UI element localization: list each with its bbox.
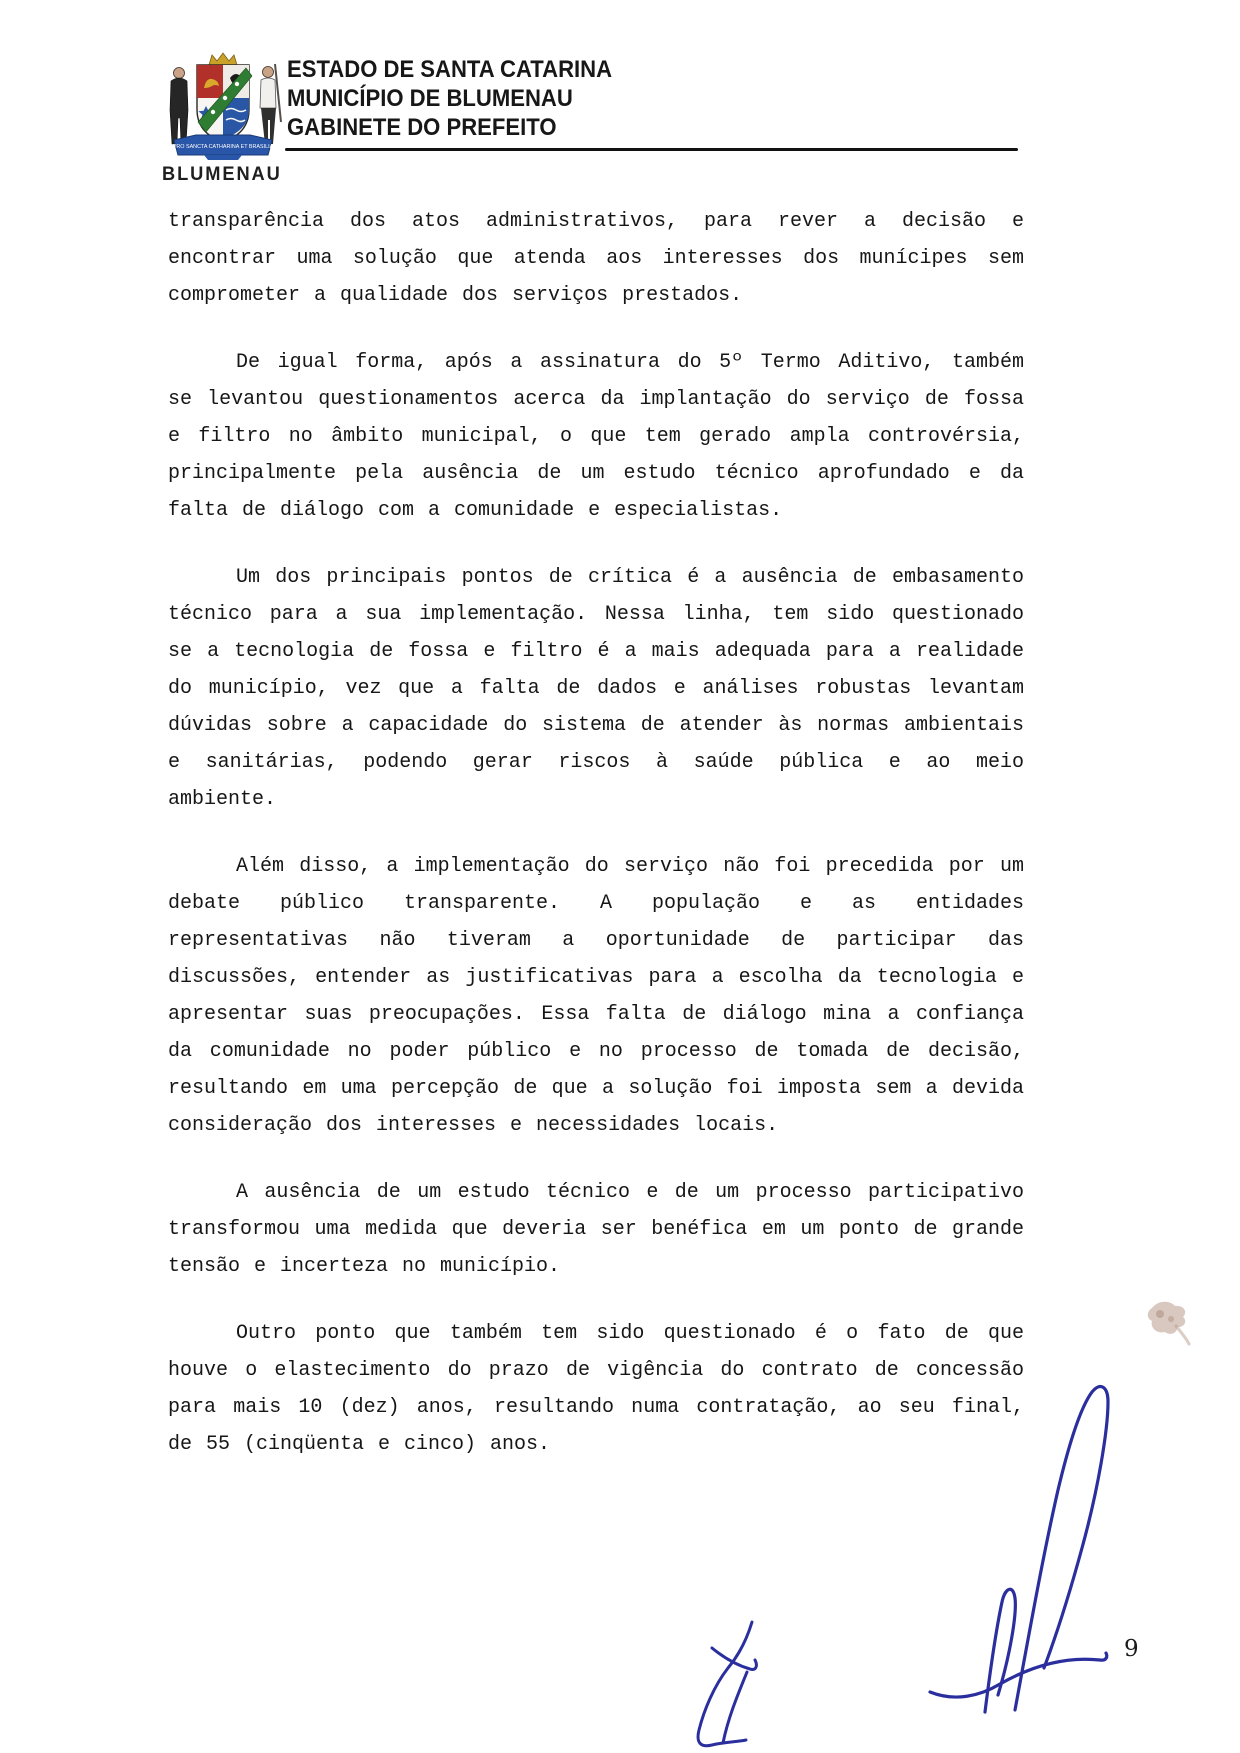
right-supporter-torso <box>260 78 276 108</box>
org-line-municipality: MUNICÍPIO DE BLUMENAU <box>287 84 612 113</box>
logo-caption: BLUMENAU <box>162 164 281 186</box>
paragraph-1: transparência dos atos administrativos, … <box>168 203 1024 314</box>
letterhead-text: ESTADO DE SANTA CATARINA MUNICÍPIO DE BL… <box>287 55 612 142</box>
ribbon-base <box>204 155 242 160</box>
org-line-state: ESTADO DE SANTA CATARINA <box>287 55 612 84</box>
paragraph-3: Um dos principais pontos de crítica é a … <box>168 559 1024 818</box>
handwritten-initial-mark <box>630 1598 790 1753</box>
left-supporter-body <box>170 78 188 144</box>
paragraph-5: A ausência de um estudo técnico e de um … <box>168 1174 1024 1285</box>
paragraph-2: De igual forma, após a assinatura do 5º … <box>168 344 1024 529</box>
right-supporter-pole <box>275 64 281 122</box>
document-body: transparência dos atos administrativos, … <box>168 203 1024 1493</box>
paragraph-4: Além disso, a implementação do serviço n… <box>168 848 1024 1144</box>
ink-stain <box>1138 1292 1200 1356</box>
header-rule <box>285 148 1018 151</box>
left-supporter-head <box>174 68 185 79</box>
coat-of-arms-graphic: PRO SANCTA CATHARINA ET BRASILIA <box>162 48 286 162</box>
document-page: PRO SANCTA CATHARINA ET BRASILIA BLUMENA… <box>0 0 1240 1753</box>
coat-of-arms-logo: PRO SANCTA CATHARINA ET BRASILIA BLUMENA… <box>162 48 286 186</box>
org-line-office: GABINETE DO PREFEITO <box>287 113 612 142</box>
paragraph-6: Outro ponto que também tem sido question… <box>168 1315 1024 1463</box>
crown <box>209 53 237 65</box>
right-supporter-head <box>263 67 274 78</box>
motto-text: PRO SANCTA CATHARINA ET BRASILIA <box>173 144 274 150</box>
page-number: 9 <box>1124 1636 1139 1662</box>
